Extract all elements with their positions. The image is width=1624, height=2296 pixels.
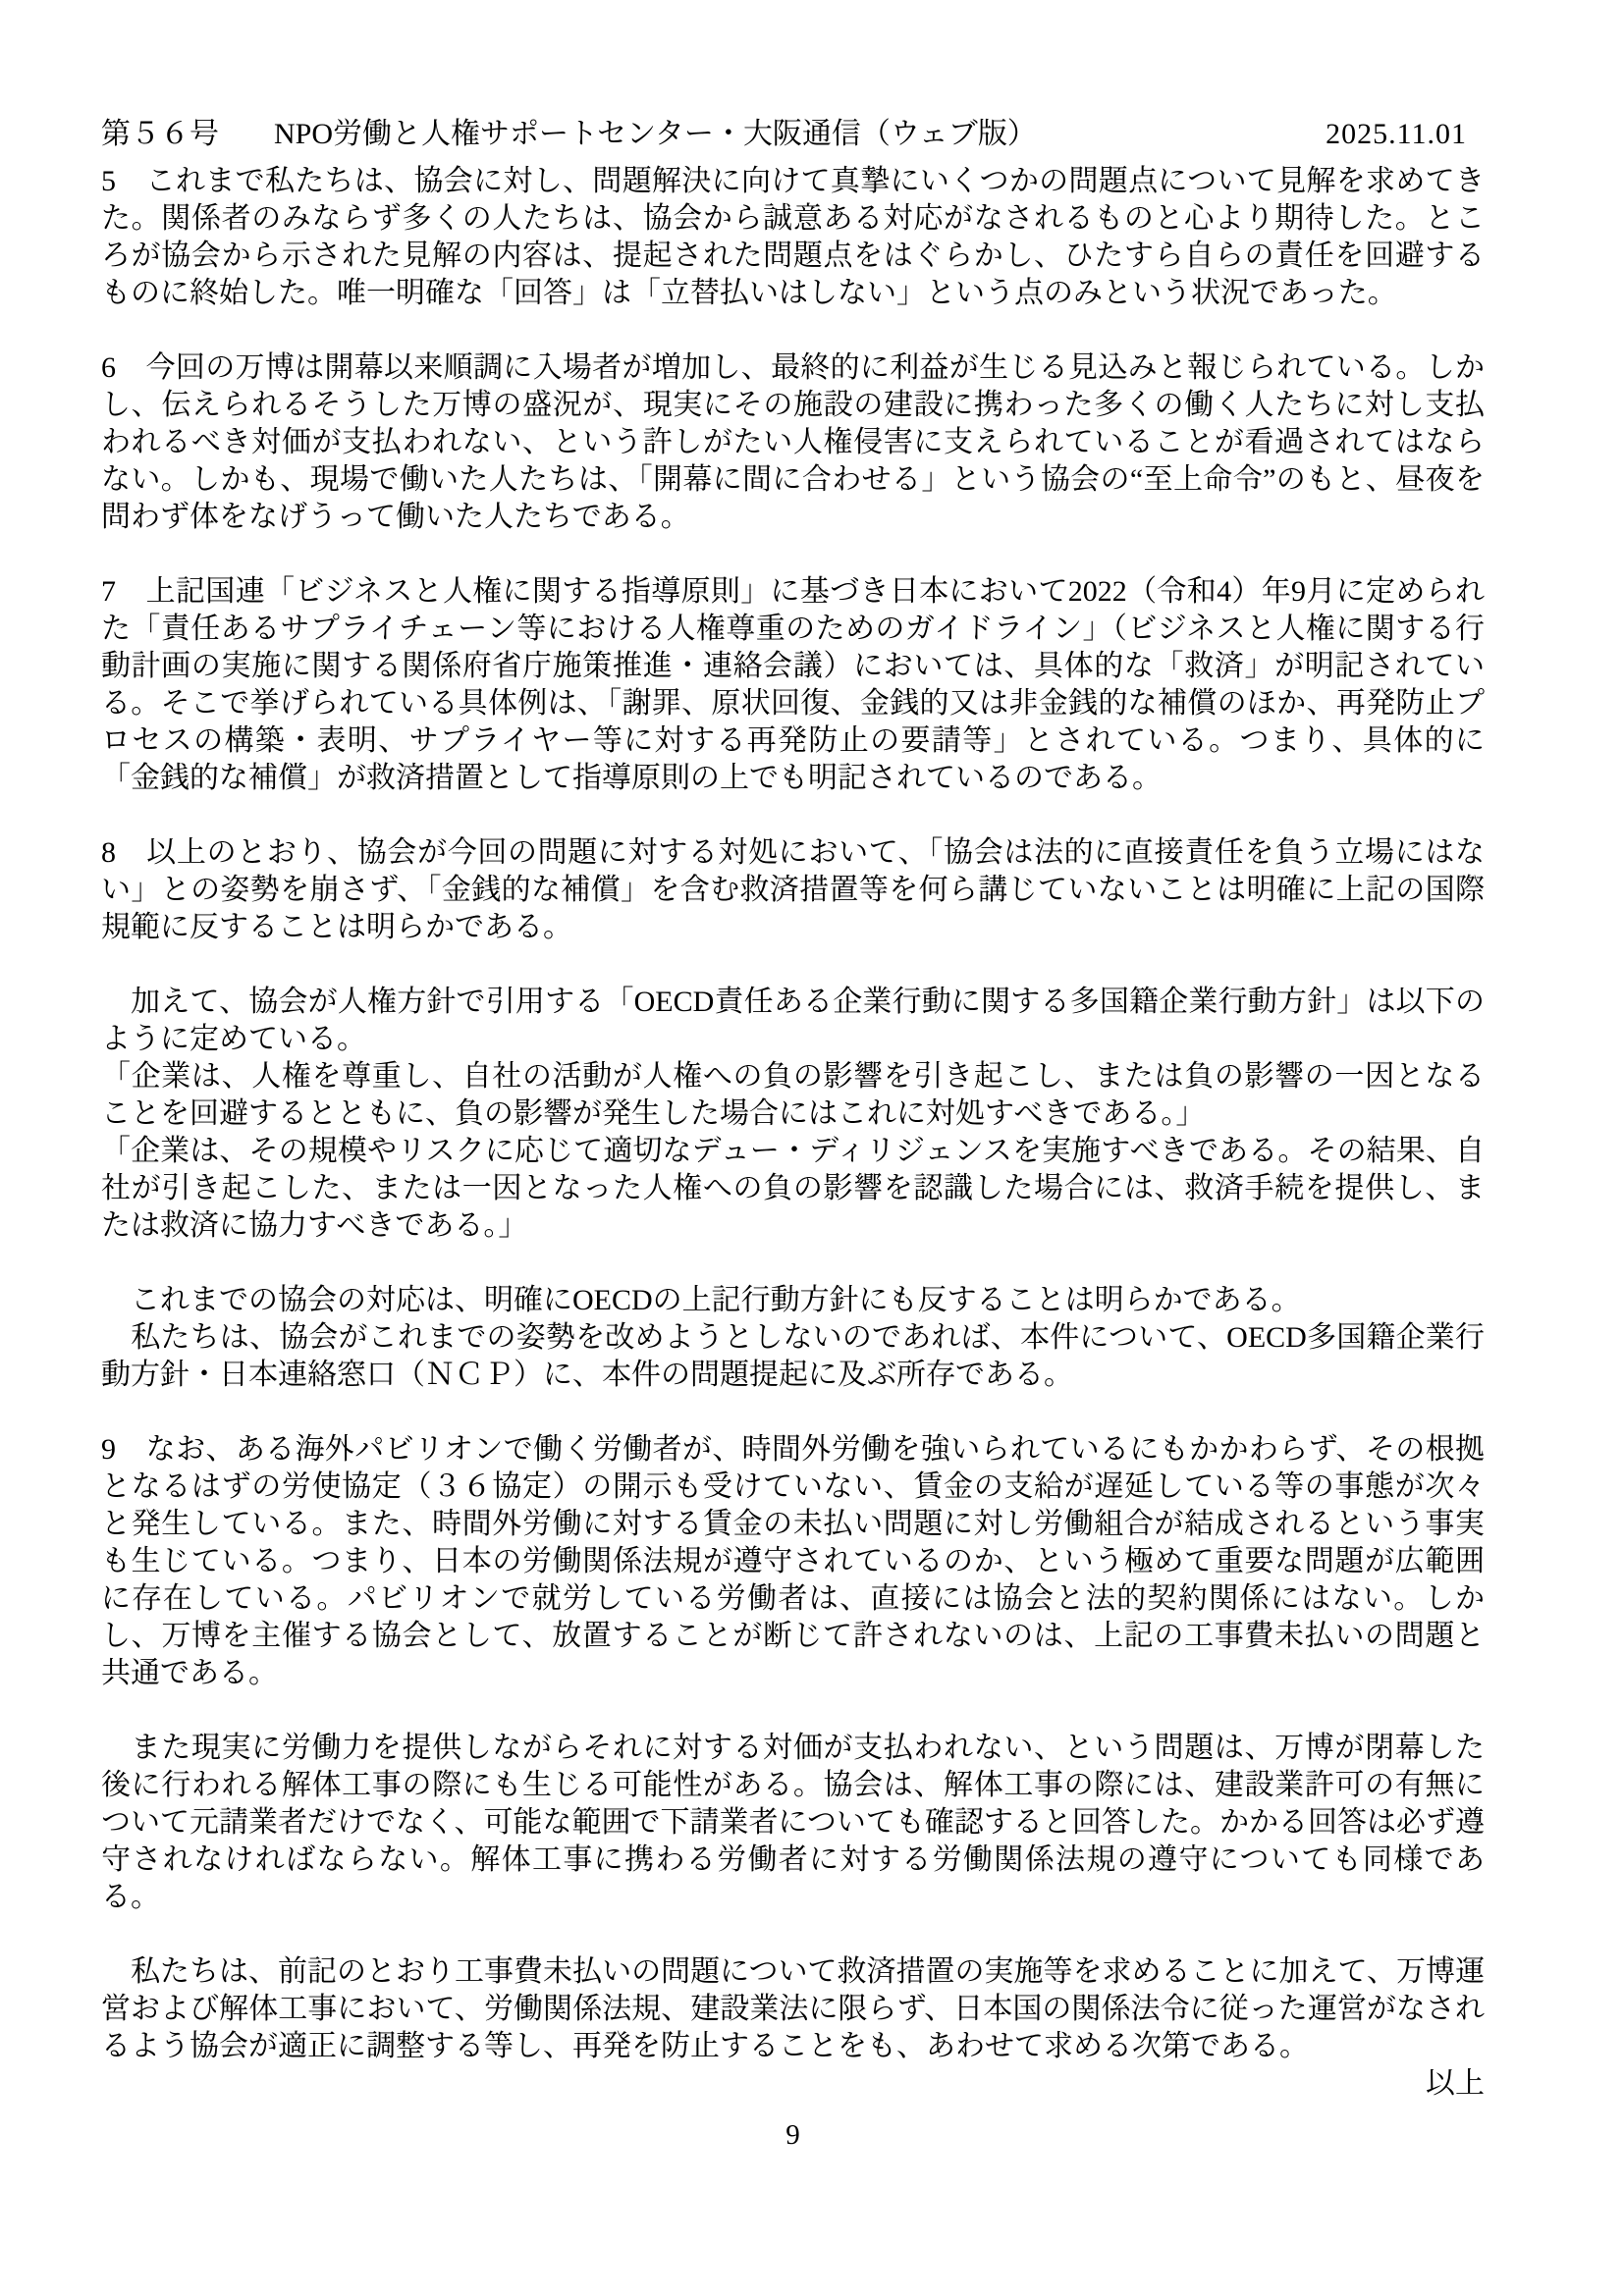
paragraph-text: 「企業は、その規模やリスクに応じて適切なデュー・ディリジェンスを実施すべきである… — [101, 1133, 1485, 1245]
document-page: { "header": { "issue_number": "第５６号", "t… — [0, 0, 1624, 2296]
document-body: 5 これまで私たちは、協会に対し、問題解決に向けて真摯にいくつかの問題点について… — [101, 163, 1485, 2065]
paragraph: 6 今回の万博は開幕以来順調に入場者が増加し、最終的に利益が生じる見込みと報じら… — [101, 349, 1485, 536]
paragraph: 5 これまで私たちは、協会に対し、問題解決に向けて真摯にいくつかの問題点について… — [101, 163, 1485, 312]
page-number: 9 — [101, 2116, 1485, 2154]
paragraph-text: 加えて、協会が人権方針で引用する「OECD責任ある企業行動に関する多国籍企業行動… — [101, 984, 1485, 1058]
issue-date: 2025.11.01 — [1326, 116, 1467, 153]
paragraph-text: 7 上記国連「ビジネスと人権に関する指導原則」に基づき日本において2022（令和… — [101, 573, 1485, 797]
issue-number: 第５６号 — [101, 116, 219, 153]
paragraph-text: 6 今回の万博は開幕以来順調に入場者が増加し、最終的に利益が生じる見込みと報じら… — [101, 349, 1485, 536]
paragraph: 9 なお、ある海外パビリオンで働く労働者が、時間外労働を強いられているにもかかわ… — [101, 1431, 1485, 1692]
paragraph-text: 9 なお、ある海外パビリオンで働く労働者が、時間外労働を強いられているにもかかわ… — [101, 1431, 1485, 1692]
paragraph-text: 「企業は、人権を尊重し、自社の活動が人権への負の影響を引き起こし、または負の影響… — [101, 1058, 1485, 1133]
newsletter-title: NPO労働と人権サポートセンター・大阪通信（ウェブ版） — [274, 116, 1037, 153]
paragraph-text: 8 以上のとおり、協会が今回の問題に対する対処において、「協会は法的に直接責任を… — [101, 834, 1485, 946]
paragraph: 私たちは、前記のとおり工事費未払いの問題について救済措置の実施等を求めることに加… — [101, 1953, 1485, 2065]
paragraph-text: 私たちは、前記のとおり工事費未払いの問題について救済措置の実施等を求めることに加… — [101, 1953, 1485, 2065]
paragraph-text: 5 これまで私たちは、協会に対し、問題解決に向けて真摯にいくつかの問題点について… — [101, 163, 1485, 312]
paragraph-text: これまでの協会の対応は、明確にOECDの上記行動方針にも反することは明らかである… — [101, 1282, 1485, 1319]
paragraph: また現実に労働力を提供しながらそれに対する対価が支払われない、という問題は、万博… — [101, 1730, 1485, 1916]
paragraph: 8 以上のとおり、協会が今回の問題に対する対処において、「協会は法的に直接責任を… — [101, 834, 1485, 946]
paragraph: 7 上記国連「ビジネスと人権に関する指導原則」に基づき日本において2022（令和… — [101, 573, 1485, 797]
paragraph: 加えて、協会が人権方針で引用する「OECD責任ある企業行動に関する多国籍企業行動… — [101, 984, 1485, 1245]
paragraph-text: 私たちは、協会がこれまでの姿勢を改めようとしないのであれば、本件について、OEC… — [101, 1319, 1485, 1394]
paragraph-text: また現実に労働力を提供しながらそれに対する対価が支払われない、という問題は、万博… — [101, 1730, 1485, 1916]
closing-word: 以上 — [101, 2065, 1485, 2103]
paragraph: これまでの協会の対応は、明確にOECDの上記行動方針にも反することは明らかである… — [101, 1282, 1485, 1394]
page-header: 第５６号 NPO労働と人権サポートセンター・大阪通信（ウェブ版） 2025.11… — [101, 116, 1485, 153]
